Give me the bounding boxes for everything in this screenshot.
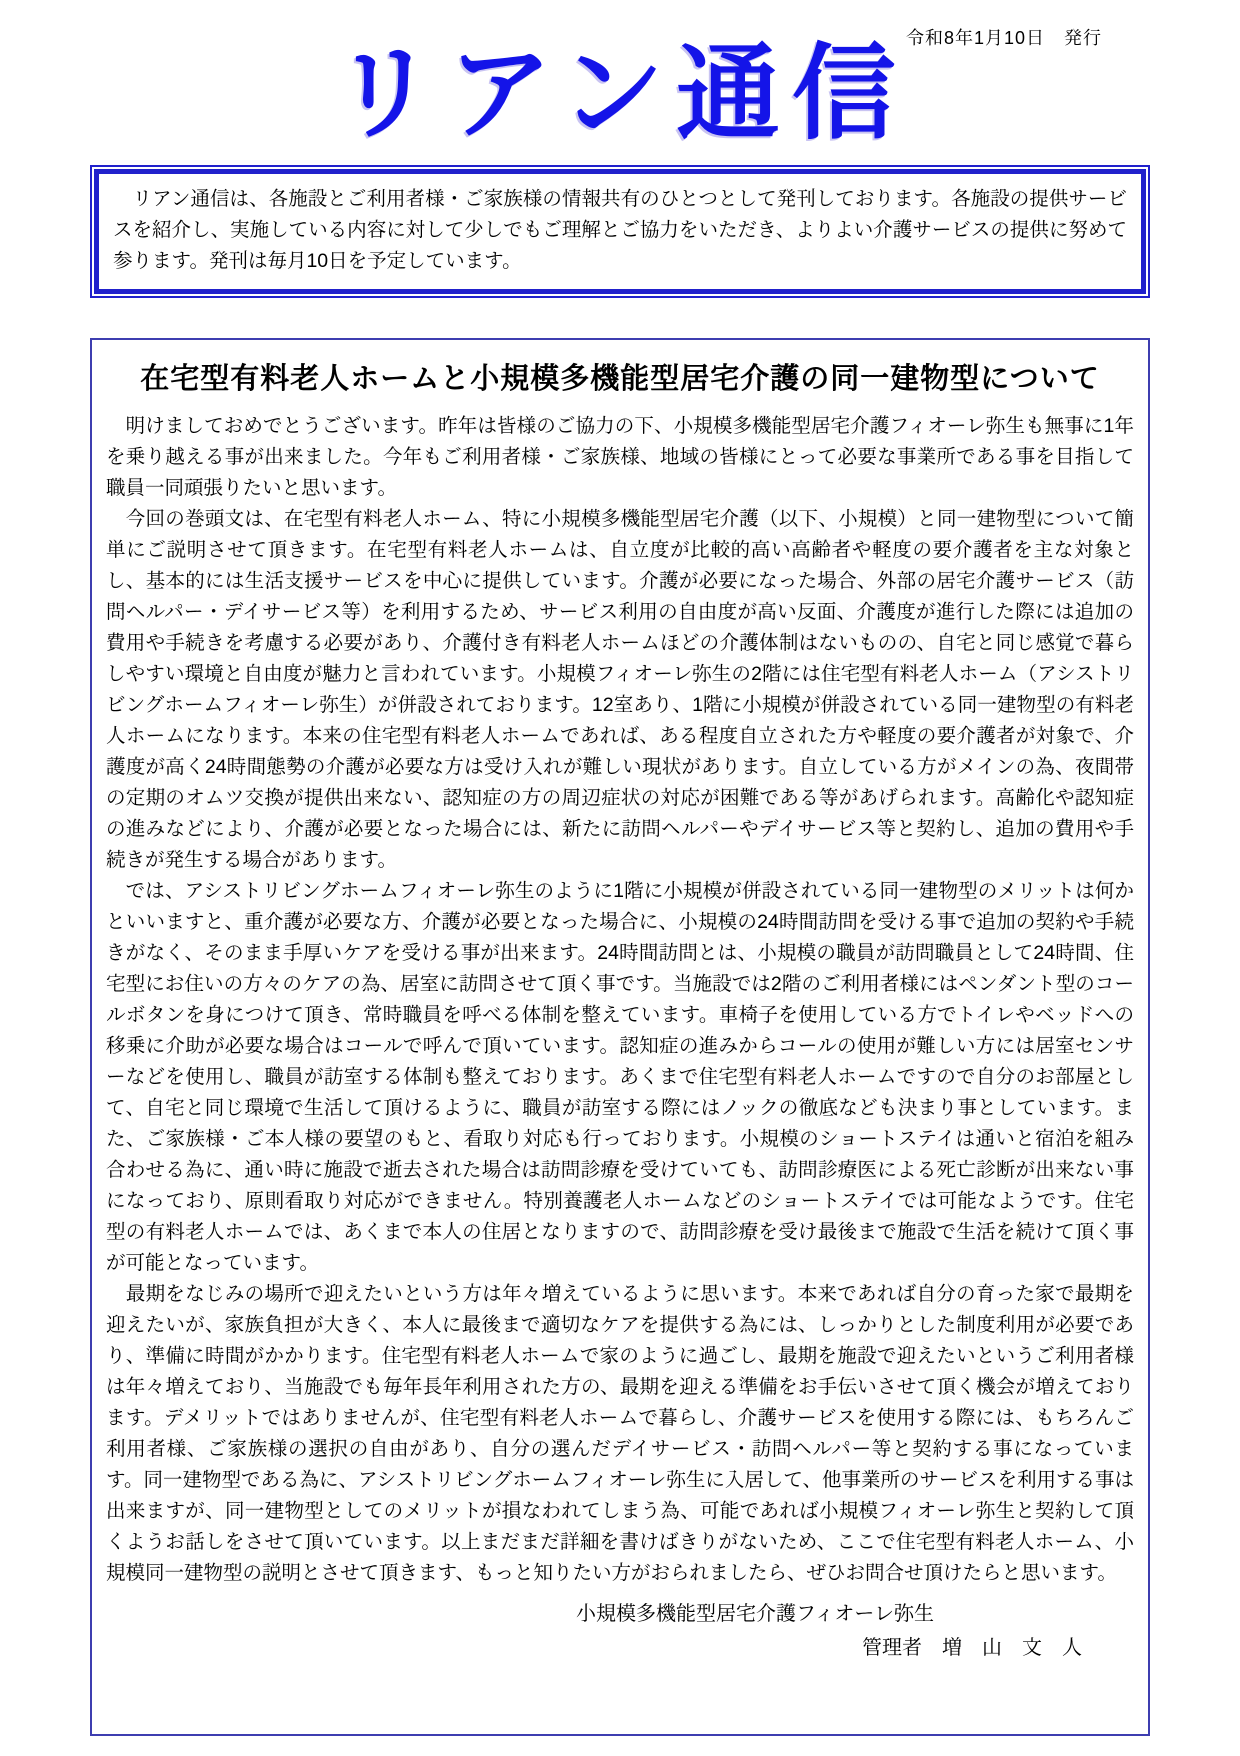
intro-text: リアン通信は、各施設とご利用者様・ご家族様の情報共有のひとつとして発刊しておりま… — [113, 184, 1127, 277]
article-paragraph-4: 最期をなじみの場所で迎えたいという方は年々増えているように思います。本来であれば… — [106, 1279, 1134, 1589]
intro-box-inner-border: リアン通信は、各施設とご利用者様・ご家族様の情報共有のひとつとして発刊しておりま… — [94, 169, 1146, 294]
article-box: 在宅型有料老人ホームと小規模多機能型居宅介護の同一建物型について 明けましておめ… — [90, 338, 1150, 1736]
signature-organization: 小規模多機能型居宅介護フィオーレ弥生 — [576, 1597, 934, 1631]
article-paragraph-3: では、アシストリビングホームフィオーレ弥生のように1階に小規模が併設されている同… — [106, 876, 1134, 1279]
article-paragraph-2: 今回の巻頭文は、在宅型有料老人ホーム、特に小規模多機能型居宅介護（以下、小規模）… — [106, 504, 1134, 876]
article-body: 明けましておめでとうございます。昨年は皆様のご協力の下、小規模多機能型居宅介護フ… — [106, 411, 1134, 1589]
newsletter-page: 令和8年1月10日 発行 リアン通信 リアン通信は、各施設とご利用者様・ご家族様… — [0, 0, 1240, 1756]
signature-manager: 管理者 増 山 文 人 — [862, 1631, 1082, 1665]
article-headline: 在宅型有料老人ホームと小規模多機能型居宅介護の同一建物型について — [106, 356, 1134, 397]
newsletter-title: リアン通信 — [90, 40, 1150, 149]
intro-box: リアン通信は、各施設とご利用者様・ご家族様の情報共有のひとつとして発刊しておりま… — [90, 165, 1150, 298]
article-paragraph-1: 明けましておめでとうございます。昨年は皆様のご協力の下、小規模多機能型居宅介護フ… — [106, 411, 1134, 504]
